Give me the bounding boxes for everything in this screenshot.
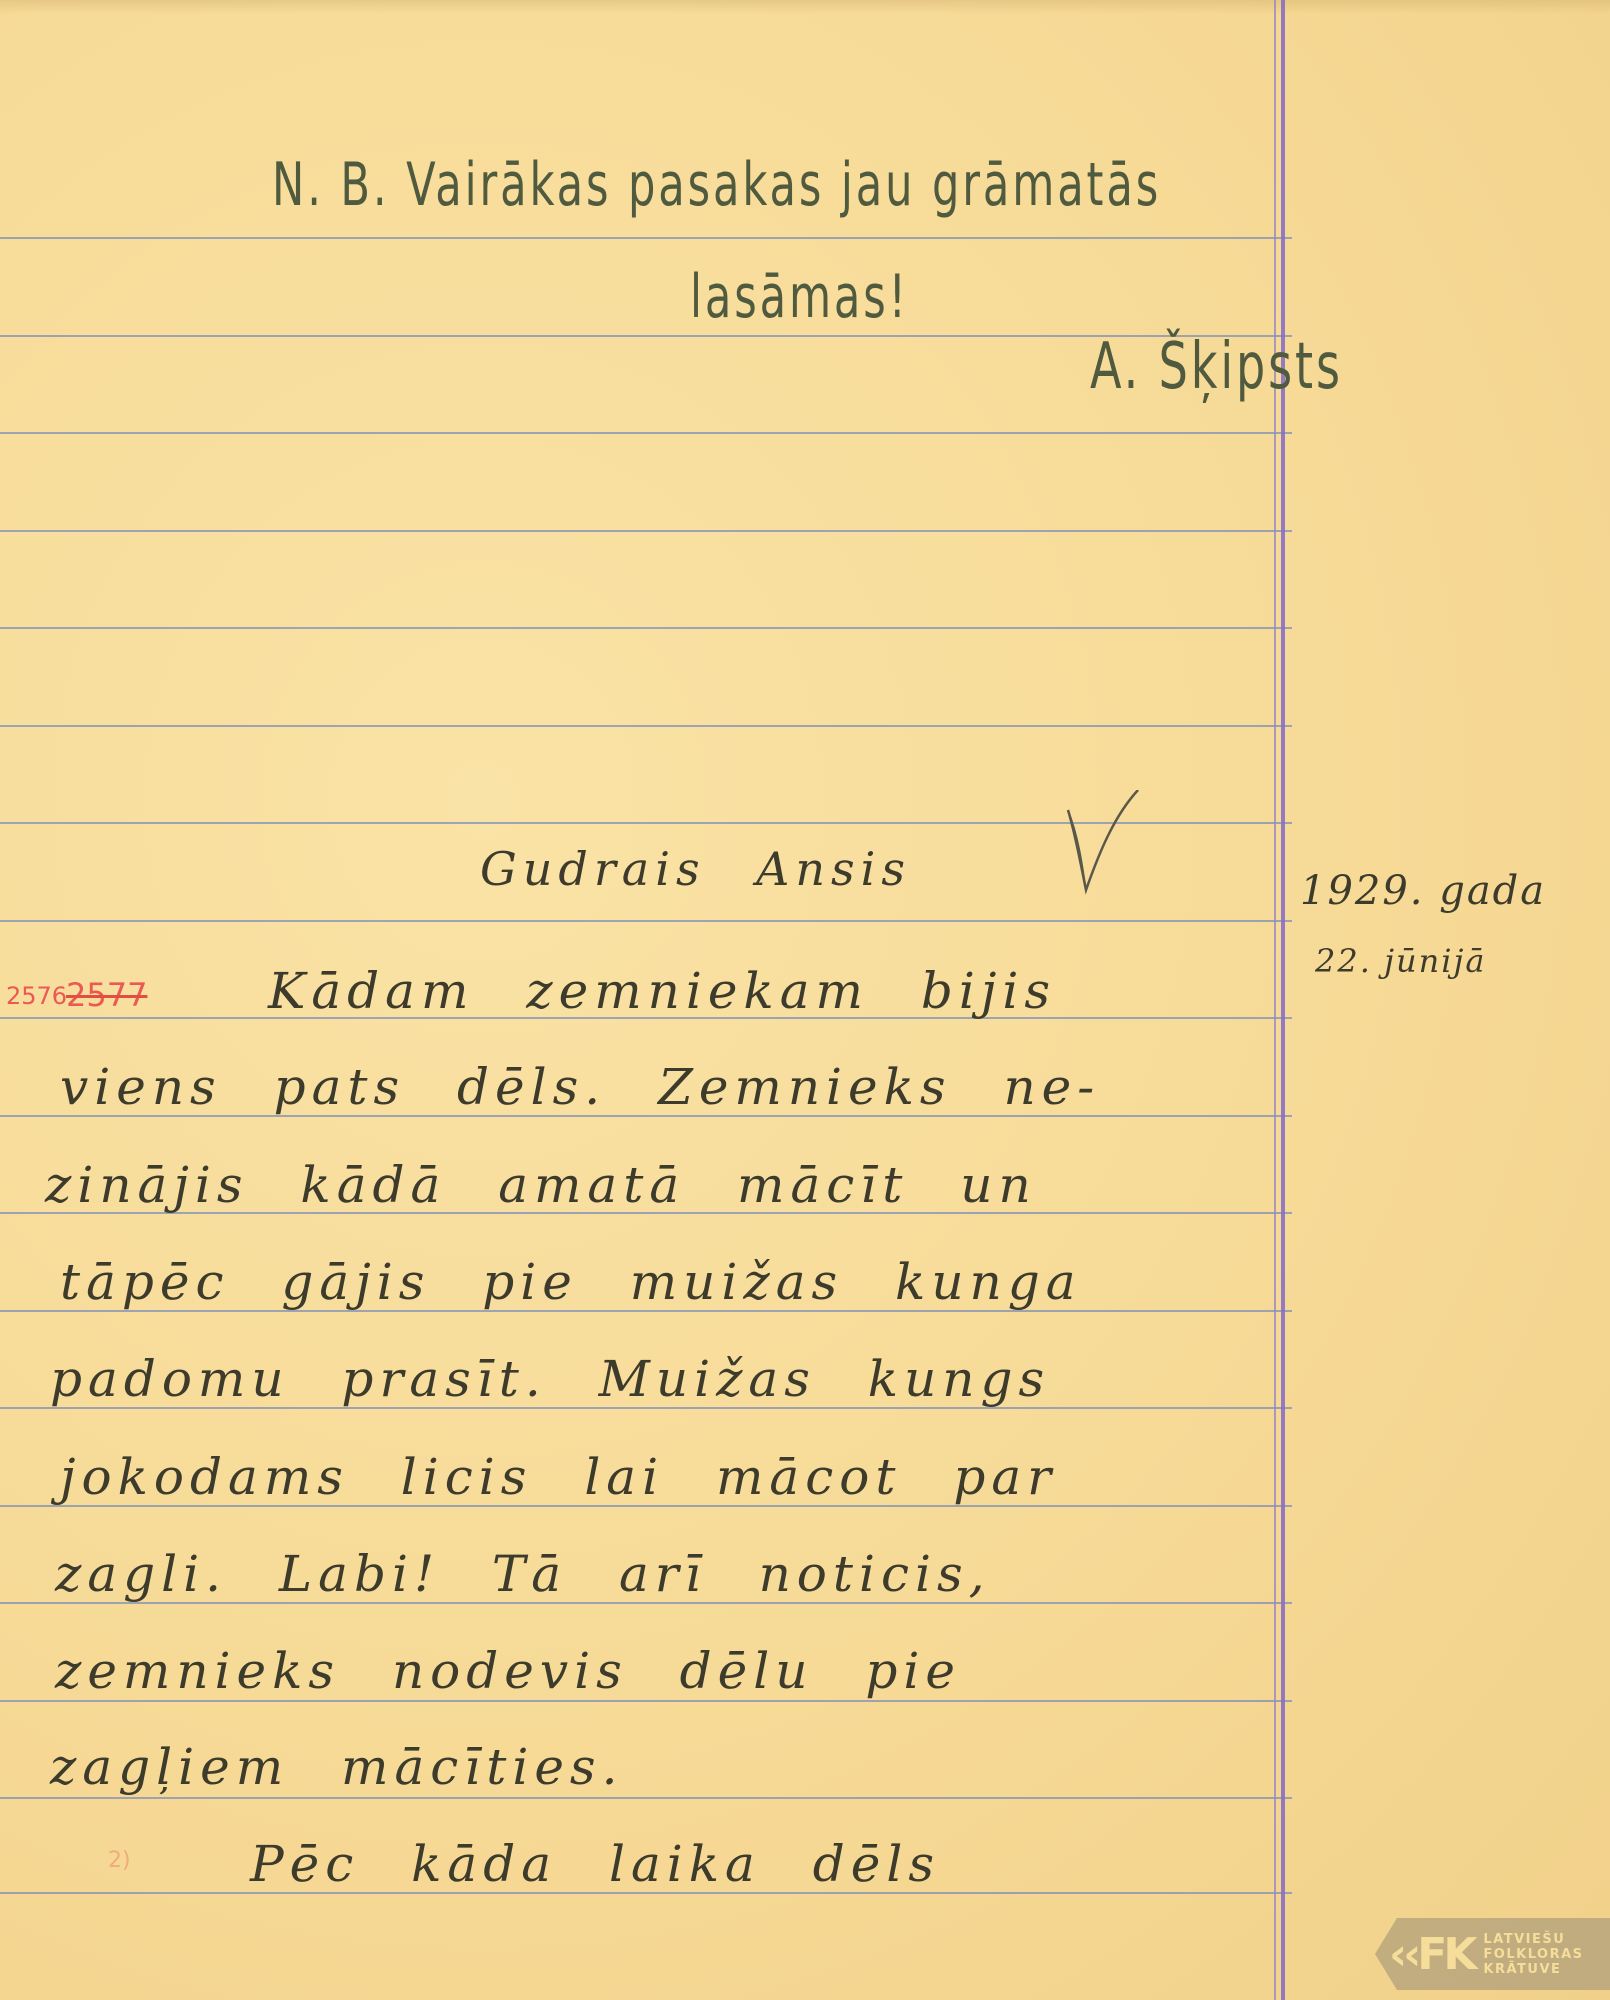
logo-text-line: KRĀTUVE <box>1483 1962 1583 1977</box>
story-line: padomu prasīt. Muižas kungs <box>50 1350 1050 1408</box>
ruled-line <box>0 920 1292 922</box>
catalog-number-struck: 2577 <box>66 976 147 1014</box>
editor-signature: A. Šķipsts <box>1090 330 1343 404</box>
check-mark-icon <box>1060 790 1140 900</box>
story-title: Gudrais Ansis <box>480 842 911 896</box>
manuscript-page: N. B. Vairākas pasakas jau grāmatās lasā… <box>0 0 1610 2000</box>
margin-line <box>1274 0 1276 2000</box>
story-line: zagļiem mācīties. <box>50 1738 623 1796</box>
story-line: zagli. Labi! Tā arī noticis, <box>55 1545 991 1603</box>
story-line: Kādam zemniekam bijis <box>268 962 1056 1020</box>
logo-text-line: LATVIEŠU <box>1483 1932 1583 1947</box>
logo-mark-icon: ‹‹FK <box>1389 1929 1473 1980</box>
logo-text: LATVIEŠU FOLKLORAS KRĀTUVE <box>1483 1932 1583 1977</box>
ruled-line <box>0 237 1292 239</box>
margin-line <box>1281 0 1285 2000</box>
archive-logo: ‹‹FK LATVIEŠU FOLKLORAS KRĀTUVE <box>1375 1918 1610 1990</box>
paragraph-mark: 2) <box>108 1848 131 1873</box>
ruled-line <box>0 530 1292 532</box>
editor-note-line-2: lasāmas! <box>690 262 909 332</box>
logo-text-line: FOLKLORAS <box>1483 1947 1583 1962</box>
catalog-number: 2576 <box>6 982 67 1010</box>
story-line: jokodams licis lai mācot par <box>60 1448 1057 1506</box>
ruled-line <box>0 627 1292 629</box>
story-line: viens pats dēls. Zemnieks ne- <box>60 1058 1100 1116</box>
date-line-1: 1929. gada <box>1300 868 1546 914</box>
story-line: zinājis kādā amatā mācīt un <box>45 1156 1037 1214</box>
ruled-line <box>0 432 1292 434</box>
date-line-2: 22. jūnijā <box>1315 942 1486 980</box>
story-line: zemnieks nodevis dēlu pie <box>55 1642 961 1700</box>
story-line: Pēc kāda laika dēls <box>250 1835 940 1893</box>
editor-note-line-1: N. B. Vairākas pasakas jau grāmatās <box>272 150 1161 220</box>
story-line: tāpēc gājis pie muižas kunga <box>60 1253 1082 1311</box>
ruled-line <box>0 725 1292 727</box>
ruled-line <box>0 1797 1292 1799</box>
ruled-line <box>0 1700 1292 1702</box>
